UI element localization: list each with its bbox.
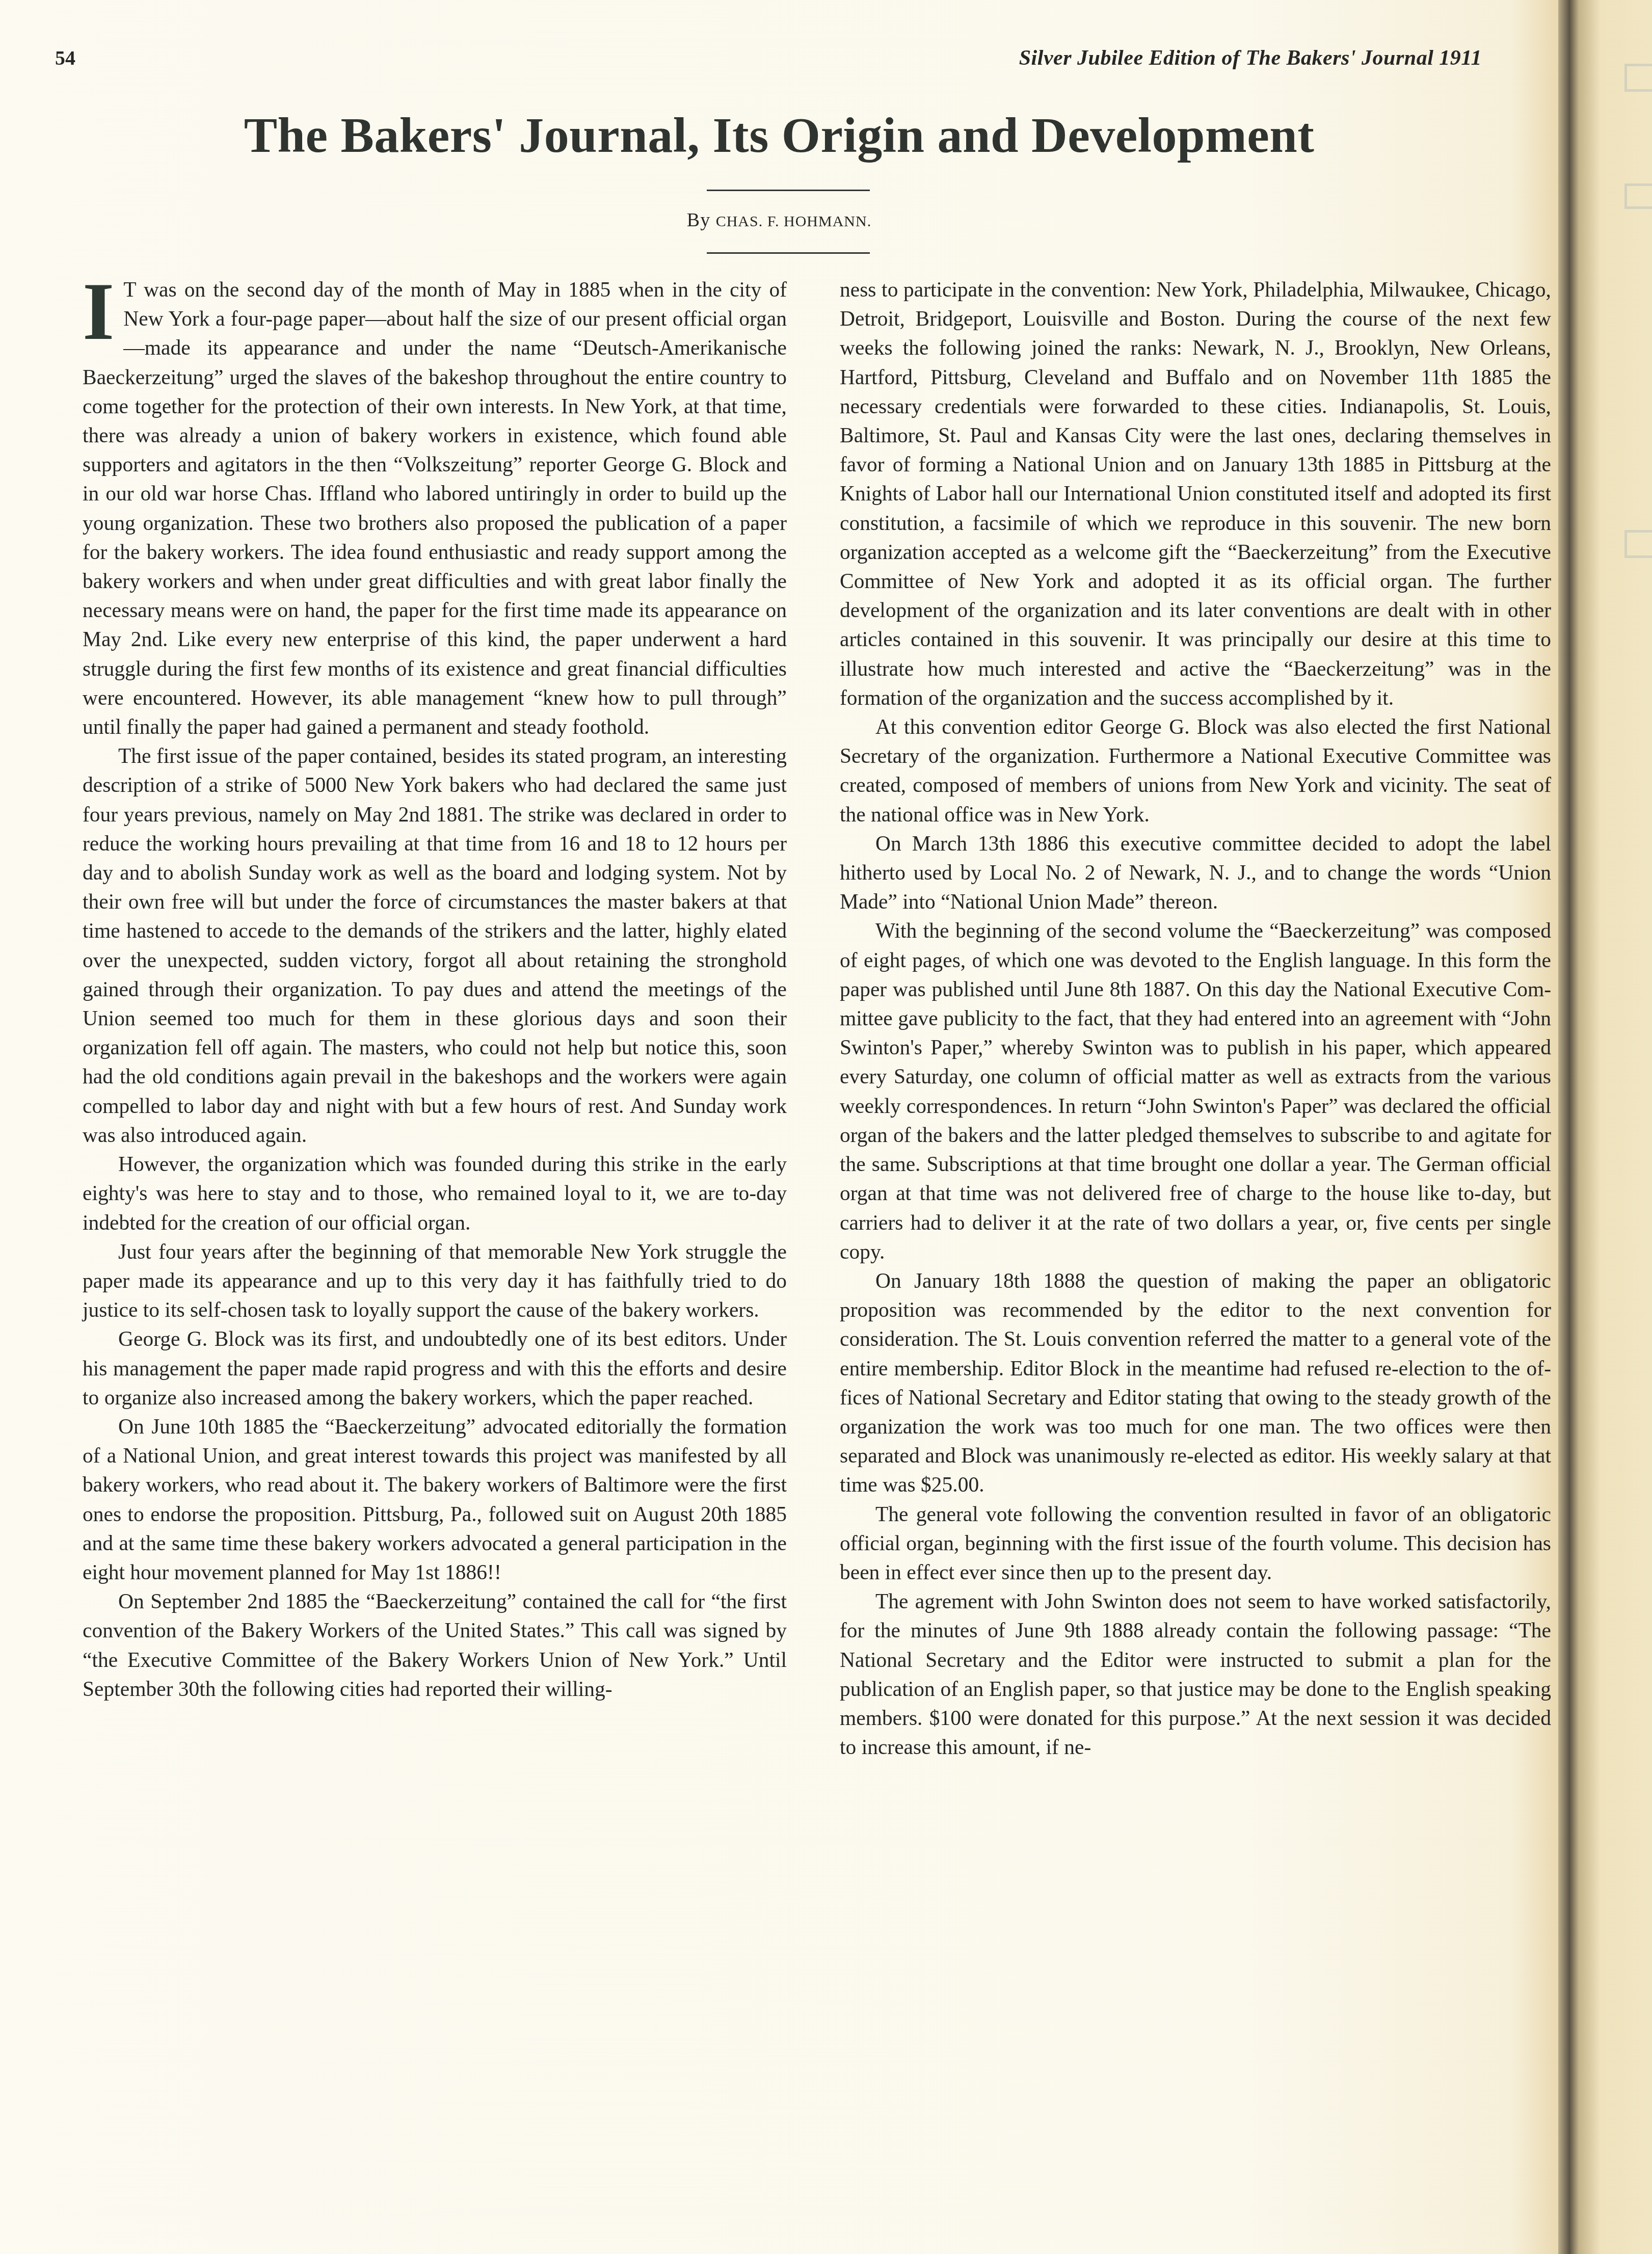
bleed-through-mark (1624, 64, 1652, 92)
left-column: IT was on the second day of the month of… (83, 275, 787, 1704)
paragraph: The first issue of the paper contained, … (83, 741, 787, 1150)
right-column: ness to participate in the convention: N… (840, 275, 1551, 1762)
paragraph: George G. Block was its first, and undou… (83, 1324, 787, 1412)
bleed-through-mark (1624, 183, 1652, 209)
byline: By Chas. F. Hohmann. (0, 209, 1558, 231)
book-gutter (1558, 0, 1652, 2254)
running-head: Silver Jubilee Edition of The Bakers' Jo… (1019, 46, 1482, 70)
paragraph: ness to participate in the convention: N… (840, 275, 1551, 712)
paragraph: At this convention editor George G. Bloc… (840, 712, 1551, 829)
title-rule-bottom (707, 252, 870, 254)
paragraph: IT was on the second day of the month of… (83, 275, 787, 741)
page-header: 54 Silver Jubilee Edition of The Bakers'… (55, 46, 1482, 76)
paragraph: The general vote following the conventio… (840, 1500, 1551, 1587)
paragraph: On September 2nd 1885 the “Baeckerzeitun… (83, 1587, 787, 1704)
paragraph: On March 13th 1886 this executive commit… (840, 829, 1551, 917)
page-number: 54 (55, 46, 75, 70)
drop-cap: I (83, 278, 114, 344)
article-title: The Bakers' Journal, Its Origin and Deve… (0, 107, 1558, 164)
paragraph: The agrement with John Swinton does not … (840, 1587, 1551, 1762)
title-rule-top (707, 190, 870, 191)
paragraph: Just four years after the beginning of t… (83, 1237, 787, 1325)
bleed-through-mark (1624, 530, 1652, 558)
journal-page: 54 Silver Jubilee Edition of The Bakers'… (0, 0, 1558, 2254)
paragraph: On January 18th 1888 the question of mak… (840, 1266, 1551, 1500)
byline-prefix: By (687, 209, 710, 231)
byline-author: Chas. F. Hohmann. (716, 213, 871, 230)
paragraph: However, the organization which was foun… (83, 1150, 787, 1237)
paragraph: On June 10th 1885 the “Baeckerzeitung” a… (83, 1412, 787, 1587)
paragraph: With the beginning of the second volume … (840, 916, 1551, 1266)
